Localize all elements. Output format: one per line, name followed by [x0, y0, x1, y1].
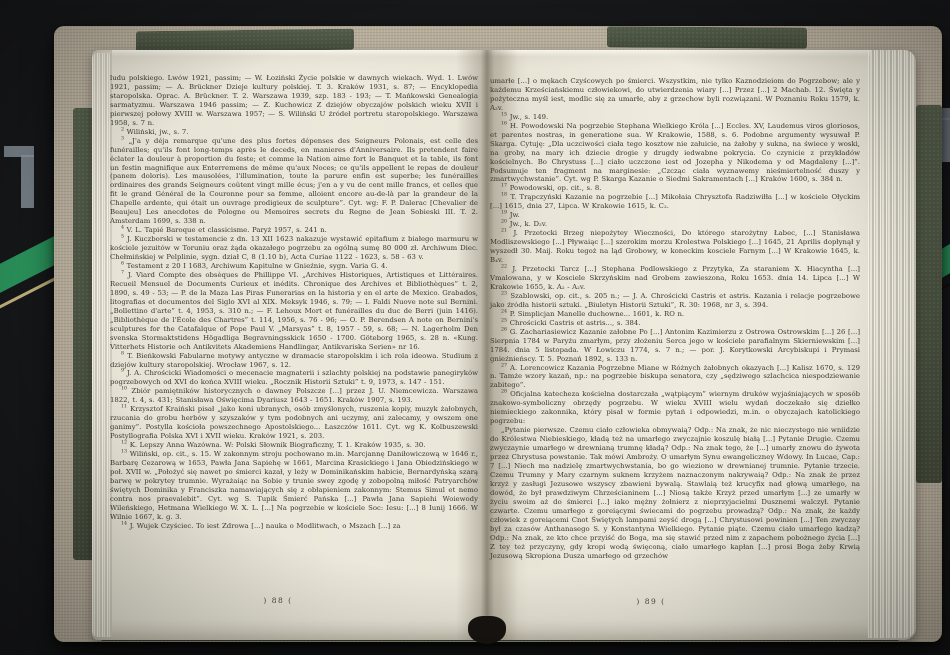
footnote: 13 Wiliński, op. cit., s. 15. W zakonnym… — [110, 450, 478, 522]
page-fore-edge-right — [868, 50, 916, 638]
footnote-marker: 11 — [121, 405, 127, 410]
gutter-notch — [468, 616, 506, 644]
footnote-marker: 13 — [121, 450, 127, 455]
footnote: 5 J. Kuczborski w testamencie z dn. 13 X… — [110, 235, 478, 262]
footnote-marker: 4 — [121, 226, 124, 231]
footnote: 23 Szablowski, op. cit., s. 205 n.; — J.… — [490, 292, 860, 310]
footnote: 21 J. Przetocki Brzeg niepożytey Wieczno… — [490, 229, 860, 265]
footnote: umarłe [...] o mękach Czyścowych po śmie… — [490, 77, 860, 113]
footnote-marker: 23 — [501, 292, 507, 297]
book-photo-scene: ludu polskiego. Lwów 1921, passim; — W. … — [0, 0, 950, 655]
cover-leather-strip — [916, 105, 942, 483]
cover-leather-strip — [607, 26, 807, 48]
footnote: 11 Krzysztof Kraiński pisał „jako koni u… — [110, 405, 478, 441]
footnote-marker: 20 — [501, 220, 507, 225]
footnote-marker: 5 — [121, 235, 124, 240]
footnote: 14 J. Wujek Czyściec. To iest Zdrowa [..… — [110, 522, 478, 531]
footnote: 15 Jw., s. 149. — [490, 113, 860, 122]
footnote: 20 Jw., k. D₂v. — [490, 220, 860, 229]
footnote-marker: 12 — [121, 441, 127, 446]
footnote-marker: 28 — [501, 390, 507, 395]
footnote-marker: 18 — [501, 193, 507, 198]
footnote: 12 K. Lepszy Anna Wazówna. W: Polski Sło… — [110, 441, 478, 450]
footnote: 4 V. L. Tapié Baroque et classicisme. Pa… — [110, 226, 478, 235]
footnote: ludu polskiego. Lwów 1921, passim; — W. … — [110, 74, 478, 128]
footnote-marker: 26 — [501, 327, 507, 332]
footnote: 28 Oficjalna katecheza kościelna dostarc… — [490, 390, 860, 426]
right-page-number: ) 89 ( — [490, 597, 812, 606]
footnote-marker: 25 — [501, 318, 507, 323]
footnote-marker: 17 — [501, 184, 507, 189]
footnote-marker: 7 — [121, 271, 124, 276]
footnote: 3 „J'a y déja remarque qu'une des plus f… — [110, 137, 478, 227]
footnote-marker: 19 — [501, 211, 507, 216]
footnote: 25 Chrościcki Castris et astris..., s. 3… — [490, 319, 860, 328]
footnote: 19 Jw. — [490, 211, 860, 220]
footnote-marker: 21 — [501, 229, 507, 234]
footnote: 27 A. Lorencowicz Kazania Pogrzebne Mian… — [490, 364, 860, 391]
footnote: 22 J. Przetocki Tarcz [...] Stephana Pod… — [490, 265, 860, 292]
footnote: 26 G. Zachariasiewicz Kazanie załobne Po… — [490, 328, 860, 364]
right-page-text: umarłe [...] o mękach Czyścowych po śmie… — [490, 77, 860, 560]
footnote-marker: 10 — [121, 387, 127, 392]
left-page-number: ) 88 ( — [110, 596, 446, 605]
footnote: 8 T. Bieńkowski Fabularne motywy antyczn… — [110, 352, 478, 370]
footnote: 6 Testament z 20 I 1683, Archiwum Kapitu… — [110, 262, 478, 271]
page-block: ludu polskiego. Lwów 1921, passim; — W. … — [92, 50, 916, 640]
footnote: 18 T. Trąpczyński Kazanie na pogrzebie [… — [490, 193, 860, 211]
footnote: „Pytanie pierwsze. Czemu ciało człowieka… — [490, 426, 860, 560]
footnote-marker: 22 — [501, 265, 507, 270]
background-letter-fragment-left — [21, 155, 34, 208]
footnote-marker: 14 — [121, 521, 127, 526]
footnote-marker: 9 — [121, 369, 124, 374]
footnote: 10 Zbiór pamiętników historycznych o daw… — [110, 387, 478, 405]
footnote-marker: 6 — [121, 262, 124, 267]
page-fore-edge-left — [92, 53, 112, 637]
footnote-marker: 2 — [121, 127, 124, 132]
footnote-marker: 15 — [501, 113, 507, 118]
footnote: 24 P. Simplicjan Manelle duchowne... 160… — [490, 310, 860, 319]
open-book: ludu polskiego. Lwów 1921, passim; — W. … — [54, 26, 942, 642]
footnote: 2 Wiliński, jw., s. 7. — [110, 128, 478, 137]
footnote: 7 J. Viard Compte des obsèques de Philli… — [110, 271, 478, 352]
footnote-marker: 27 — [501, 363, 507, 368]
footnote-marker: 3 — [121, 136, 124, 141]
footnote: 16 H. Powodowski Na pogrzebie Stephana W… — [490, 122, 860, 185]
footnote-marker: 24 — [501, 309, 507, 314]
left-page-text: ludu polskiego. Lwów 1921, passim; — W. … — [110, 74, 478, 531]
cover-leather-strip — [136, 29, 354, 53]
footnote-marker: 16 — [501, 121, 507, 126]
footnote-marker: 8 — [121, 351, 124, 356]
footnote: 9 J. A. Chrościcki Wiadomości o mecenaci… — [110, 369, 478, 387]
